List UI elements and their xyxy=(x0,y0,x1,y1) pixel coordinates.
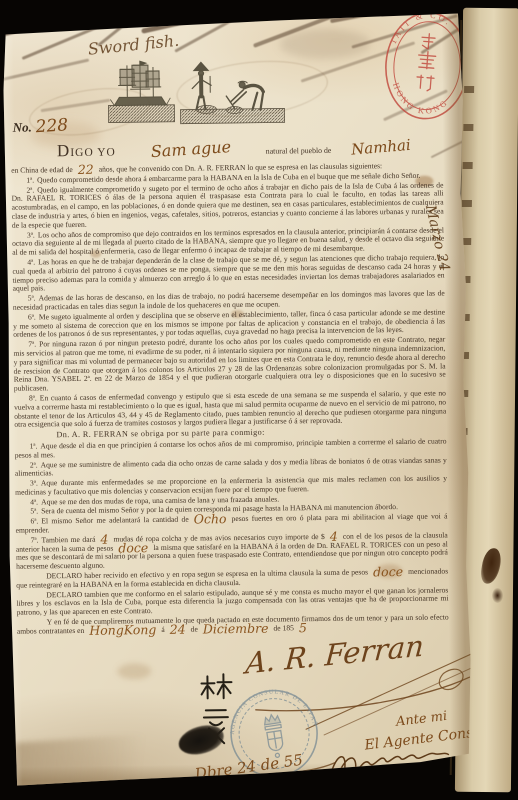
farmer-figure-icon xyxy=(226,81,263,110)
chinese-seal-characters xyxy=(416,33,437,91)
stamp-arc-top-text: TAIT & CO. xyxy=(388,7,455,50)
photograph-background: Sword fish. xyxy=(0,0,518,800)
age-handwritten: 22 xyxy=(73,162,99,177)
mudas-count-handwritten: 4 xyxy=(95,531,113,546)
intro-line: Digo yo Sam ague natural del pueblo de N… xyxy=(57,136,467,161)
importe-handwritten: 4 xyxy=(325,529,343,544)
document-number: No. 228 xyxy=(13,116,69,137)
pueblo-handwritten: Namhai xyxy=(331,134,432,160)
clause-7: 7ª.Por ninguna razon ó por ningun pretes… xyxy=(13,336,446,394)
ground-left xyxy=(108,105,174,123)
svg-text:TAIT & CO.: TAIT & CO. xyxy=(388,7,455,50)
year-handwritten: 5 xyxy=(294,620,312,635)
paper-stain xyxy=(117,663,151,679)
contract-page: Sword fish. xyxy=(0,7,477,789)
contract-body: en China de edad de22años, que he conven… xyxy=(11,161,449,637)
month-handwritten: Diciembre xyxy=(198,620,274,636)
number-value: 228 xyxy=(35,115,69,137)
emigrant-figure-icon xyxy=(192,62,212,109)
clause-8: 8ª.En cuanto á casos de enfermedad conve… xyxy=(14,389,446,429)
digo-yo-label: Digo yo xyxy=(57,140,116,161)
place-handwritten: HongKong xyxy=(84,622,161,638)
crown-and-arms-icon xyxy=(263,714,285,759)
number-label: No. xyxy=(13,119,32,135)
ink-bleedthrough xyxy=(0,7,467,13)
ink-blot xyxy=(492,588,503,603)
day-handwritten: 24 xyxy=(165,621,191,636)
doce-pesos-handwritten: doce xyxy=(113,540,153,555)
engraving-vignette xyxy=(106,51,287,131)
clause-2: 2ª.Quedo igualmente comprometido y suget… xyxy=(11,181,444,230)
colono-name-handwritten: Sam ague xyxy=(115,135,266,164)
ocho-pesos-handwritten: Ocho xyxy=(189,511,232,527)
clause-4: 4ª.Las horas en que he de trabajar depen… xyxy=(12,253,444,293)
natural-de-label: natural del pueblo de xyxy=(266,146,332,156)
page-curl-shadow xyxy=(0,732,190,796)
doce-handwritten: doce xyxy=(368,564,408,579)
ante-mi-note: Ante mi xyxy=(395,709,448,730)
ship-icon xyxy=(110,61,171,106)
